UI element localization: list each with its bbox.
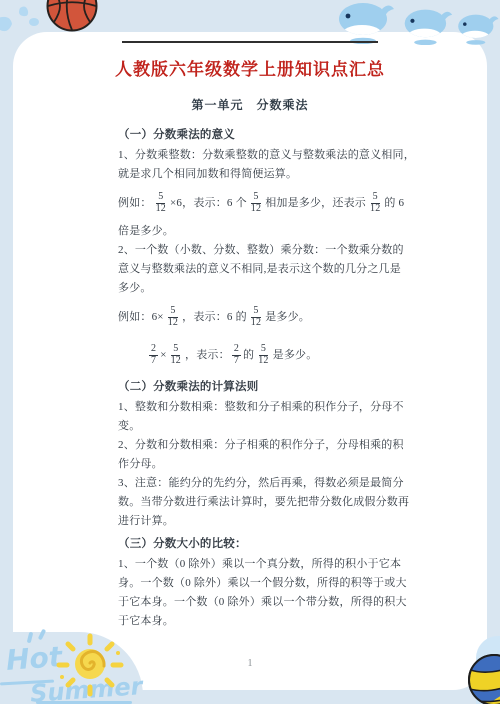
text-line: 2、一个数（小数、分数、整数）乘分数：一个数乘分数的	[118, 241, 402, 260]
fraction: 512	[154, 192, 168, 214]
page-title: 人教版六年级数学上册知识点汇总	[0, 55, 500, 80]
text-segment: 的 6	[384, 194, 404, 213]
text-segment: 的	[243, 346, 254, 365]
text-line: 27 ×512 ，表示：27 的512 是多少。	[118, 336, 402, 374]
text-line: 1、分数乘整数：分数乘整数的意义与整数乘法的意义相同，	[118, 146, 402, 165]
fraction: 512	[256, 344, 270, 366]
text-segment: 数。当带分数进行乘法计算时，要先把带分数化成假分数再	[118, 496, 409, 508]
text-segment: 进行计算。	[118, 515, 174, 527]
whale-icon	[402, 7, 454, 45]
text-segment: 3、注意：能约分的先约分，然后再乘，得数必须是最简分	[118, 477, 404, 489]
sun-icon	[52, 628, 128, 704]
text-line: 作分母。	[118, 455, 402, 474]
fraction: 512	[166, 306, 180, 328]
body-lines: （一）分数乘法的意义1、分数乘整数：分数乘整数的意义与整数乘法的意义相同，就是求…	[118, 125, 402, 631]
page-number: 1	[243, 658, 257, 669]
text-segment: ×	[160, 346, 166, 365]
text-line: 多少。	[118, 279, 402, 298]
text-line: 变。	[118, 417, 402, 436]
text-line: 就是求几个相同加数和得简便运算。	[118, 165, 402, 184]
fraction: 512	[249, 192, 263, 214]
text-line: 例如：512 ×6，表示：6 个512 相加是多少，还表示512 的 6	[118, 184, 402, 222]
fraction: 27	[149, 344, 158, 366]
text-line: 例如：6×512 ，表示：6 的512 是多少。	[118, 298, 402, 336]
text-segment: 例如：6×	[118, 308, 164, 327]
fraction: 512	[368, 192, 382, 214]
water-drops-icon	[0, 2, 42, 36]
text-segment: 变。	[118, 420, 140, 432]
text-segment: 例如：	[118, 194, 152, 213]
text-line: 进行计算。	[118, 512, 402, 531]
text-segment: 相加是多少，还表示	[265, 194, 366, 213]
text-line: 于它本身。	[118, 612, 402, 631]
text-line: 1、一个数（0 除外）乘以一个真分数，所得的积小于它本	[118, 555, 402, 574]
text-segment: 1、一个数（0 除外）乘以一个真分数，所得的积小于它本	[118, 558, 401, 570]
text-segment: 多少。	[118, 282, 152, 294]
section-heading: （一）分数乘法的意义	[118, 125, 402, 146]
text-segment: ×6，表示：6 个	[170, 194, 247, 213]
text-segment: （三）分数大小的比较：	[118, 538, 247, 550]
document-page: 人教版六年级数学上册知识点汇总 第一单元 分数乘法 （一）分数乘法的意义1、分数…	[0, 0, 500, 704]
whale-icon	[336, 0, 396, 44]
fraction: 27	[232, 344, 241, 366]
fraction: 512	[169, 344, 183, 366]
text-line: 1、整数和分数相乘：整数和分子相乘的积作分子，分母不	[118, 398, 402, 417]
text-segment: 身。一个数（0 除外）乘以一个假分数，所得的积等于或大	[118, 577, 407, 589]
text-segment: 作分母。	[118, 458, 163, 470]
text-segment: ，表示：6 的	[182, 308, 247, 327]
text-segment: 是多少。	[265, 308, 310, 327]
unit-subtitle: 第一单元 分数乘法	[0, 96, 500, 113]
whale-icon	[456, 12, 500, 45]
text-segment: 意义与整数乘法的意义不相同,是表示这个数的几分之几是	[118, 263, 401, 275]
text-segment: 是多少。	[273, 346, 318, 365]
text-line: 2、分数和分数相乘：分子相乘的积作分子，分母相乘的积	[118, 436, 402, 455]
text-segment: 于它本身。一个数（0 除外）乘以一个带分数，所得的积大	[118, 596, 407, 608]
text-line: 于它本身。一个数（0 除外）乘以一个带分数，所得的积大	[118, 593, 402, 612]
text-line: 3、注意：能约分的先约分，然后再乘，得数必须是最简分	[118, 474, 402, 493]
text-segment: ，表示：	[185, 346, 230, 365]
section-heading: （三）分数大小的比较：	[118, 534, 402, 555]
basketball-icon	[46, 0, 98, 32]
text-line: 数。当带分数进行乘法计算时，要先把带分数化成假分数再	[118, 493, 402, 512]
title-rule	[122, 41, 378, 43]
text-segment: （二）分数乘法的计算法则	[118, 381, 258, 393]
fraction: 512	[249, 306, 263, 328]
text-segment: 1、分数乘整数：分数乘整数的意义与整数乘法的意义相同，	[118, 149, 415, 161]
text-segment: 倍是多少。	[118, 225, 174, 237]
text-segment: 2、分数和分数相乘：分子相乘的积作分子，分母相乘的积	[118, 439, 404, 451]
text-segment: （一）分数乘法的意义	[118, 129, 235, 141]
text-segment: 2、一个数（小数、分数、整数）乘分数：一个数乘分数的	[118, 244, 404, 256]
text-segment: 就是求几个相同加数和得简便运算。	[118, 168, 297, 180]
section-heading: （二）分数乘法的计算法则	[118, 377, 402, 398]
text-line: 倍是多少。	[118, 222, 402, 241]
volleyball-icon	[466, 652, 500, 704]
text-segment: 于它本身。	[118, 615, 174, 627]
text-segment: 1、整数和分数相乘：整数和分子相乘的积作分子，分母不	[118, 401, 404, 413]
text-line: 身。一个数（0 除外）乘以一个假分数，所得的积等于或大	[118, 574, 402, 593]
text-line: 意义与整数乘法的意义不相同,是表示这个数的几分之几是	[118, 260, 402, 279]
